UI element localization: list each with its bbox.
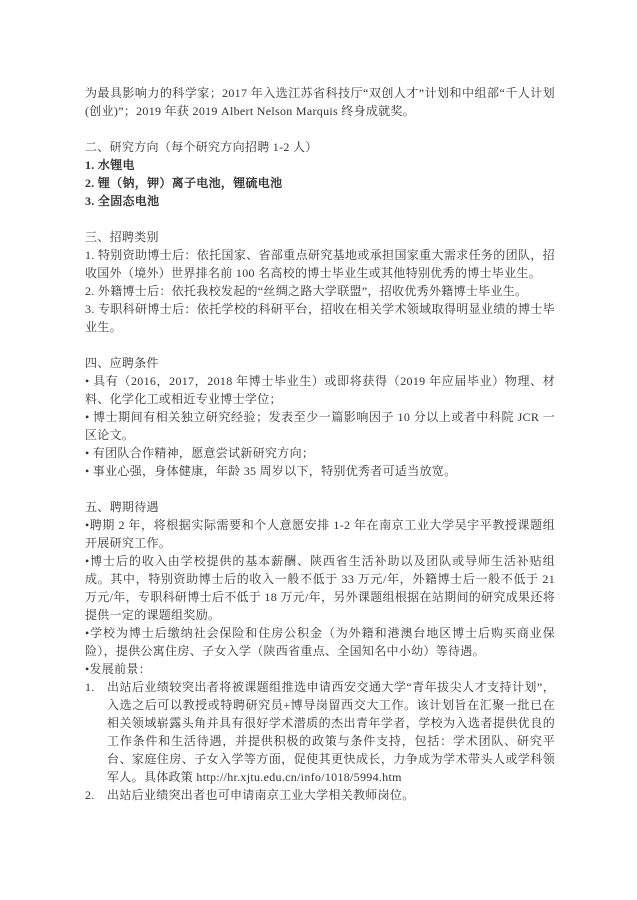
research-direction-item-1: 1. 水锂电	[85, 156, 555, 174]
development-prospects-label: •发展前景：	[85, 660, 555, 678]
application-requirement-bullet-3: • 有团队合作精神，愿意尝试新研究方向；	[85, 444, 555, 462]
research-direction-item-3: 3. 全固态电池	[85, 192, 555, 210]
recruitment-category-paragraph-1: 1. 特别资助博士后：依托国家、省部重点研究基地或承担国家重大需求任务的团队，招…	[85, 246, 555, 282]
prospect-text: 出站后业绩较突出者将被课题组推选申请西安交通大学“青年拔尖人才支持计划”，入选之…	[107, 678, 555, 786]
prospect-body-text: 出站后业绩突出者也可申请南京工业大学相关教师岗位。	[107, 788, 415, 802]
employment-benefit-bullet-2: •博士后的收入由学校提供的基本薪酬、陕西省生活补助以及团队或导师生活补贴组成。其…	[85, 552, 555, 624]
intro-paragraph: 为最具影响力的科学家；2017 年入选江苏省科技厅“双创人才”计划和中组部“千人…	[85, 84, 555, 120]
employment-benefits-heading: 五、聘期待遇	[85, 498, 555, 516]
research-directions-heading: 二、研究方向（每个研究方向招聘 1-2 人）	[85, 138, 555, 156]
recruitment-category-paragraph-2: 2. 外籍博士后：依托我校发起的“丝绸之路大学联盟”，招收优秀外籍博士毕业生。	[85, 282, 555, 300]
document-body: { "page": { "background_color": "#ffffff…	[0, 0, 637, 900]
policy-url: http://hr.xjtu.edu.cn/info/1018/5994.htm	[196, 770, 401, 784]
application-requirements-heading: 四、应聘条件	[85, 354, 555, 372]
development-prospect-item-2: 2. 出站后业绩突出者也可申请南京工业大学相关教师岗位。	[85, 786, 555, 804]
prospect-text: 出站后业绩突出者也可申请南京工业大学相关教师岗位。	[107, 786, 555, 804]
recruitment-document-page: 为最具影响力的科学家；2017 年入选江苏省科技厅“双创人才”计划和中组部“千人…	[0, 0, 637, 900]
application-requirement-bullet-2: • 博士期间有相关独立研究经验；发表至少一篇影响因子 10 分以上或者中科院 J…	[85, 408, 555, 444]
list-number: 1.	[85, 678, 107, 786]
application-requirement-bullet-1: • 具有（2016，2017，2018 年博士毕业生）或即将获得（2019 年应…	[85, 372, 555, 408]
employment-benefit-bullet-1: •聘期 2 年，将根据实际需要和个人意愿安排 1-2 年在南京工业大学吴宇平教授…	[85, 516, 555, 552]
development-prospect-item-1: 1. 出站后业绩较突出者将被课题组推选申请西安交通大学“青年拔尖人才支持计划”，…	[85, 678, 555, 786]
application-requirement-bullet-4: • 事业心强，身体健康，年龄 35 周岁以下，特别优秀者可适当放宽。	[85, 462, 555, 480]
employment-benefit-bullet-3: •学校为博士后缴纳社会保险和住房公积金（为外籍和港澳台地区博士后购买商业保险），…	[85, 624, 555, 660]
research-direction-item-2: 2. 锂（钠，钾）离子电池，锂硫电池	[85, 174, 555, 192]
list-number: 2.	[85, 786, 107, 804]
recruitment-categories-heading: 三、招聘类别	[85, 228, 555, 246]
recruitment-category-paragraph-3: 3. 专职科研博士后：依托学校的科研平台，招收在相关学术领域取得明显业绩的博士毕…	[85, 300, 555, 336]
prospect-body-text: 出站后业绩较突出者将被课题组推选申请西安交通大学“青年拔尖人才支持计划”，入选之…	[107, 680, 555, 784]
